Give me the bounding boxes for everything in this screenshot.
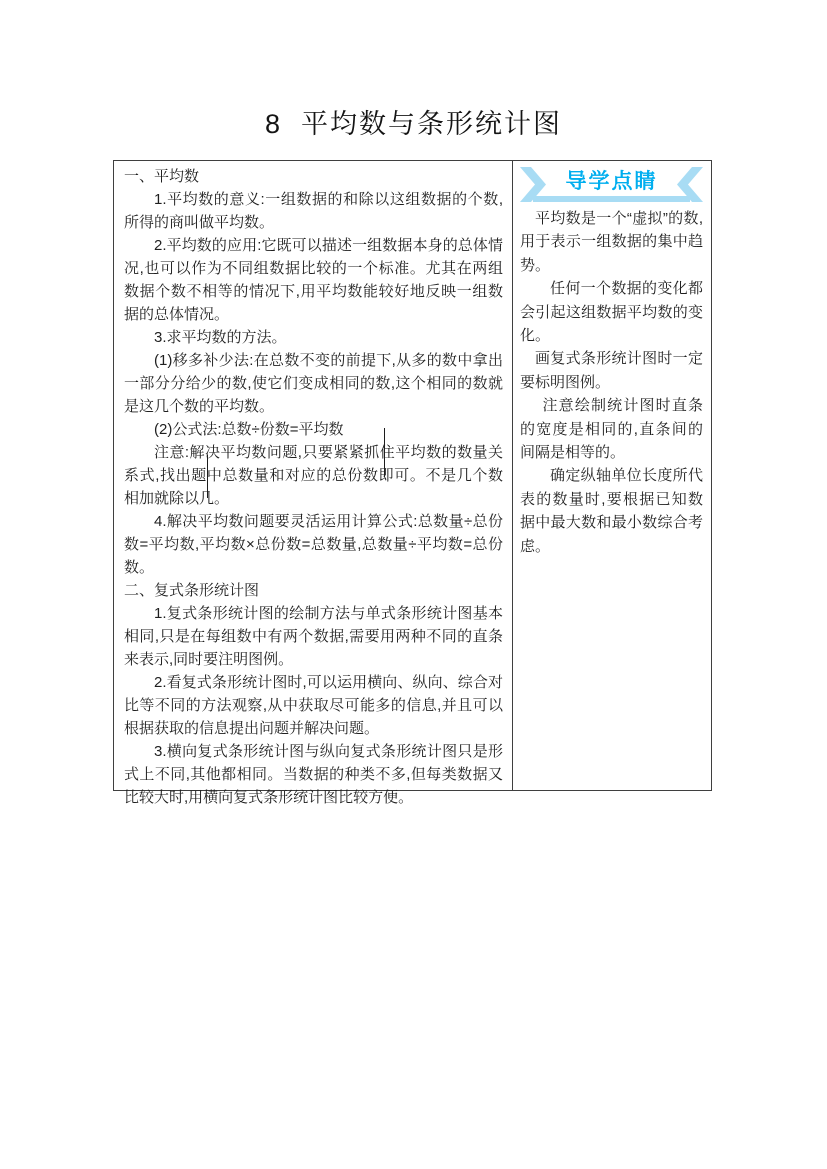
- main-notes-cell: 一、平均数 1.平均数的意义:一组数据的和除以这组数据的个数,所得的商叫做平均数…: [114, 161, 513, 790]
- paragraph-horizontal-vs-vertical: 3.横向复式条形统计图与纵向复式条形统计图只是形式上不同,其他都相同。当数据的种…: [124, 740, 503, 809]
- page-title: 8 平均数与条形统计图: [0, 102, 827, 141]
- section-heading-bar-charts: 二、复式条形统计图: [124, 579, 503, 602]
- banner-underline: [533, 196, 690, 202]
- tip-bar-width: 注意绘制统计图时直条的宽度是相同的,直条间的间隔是相等的。: [520, 394, 703, 464]
- guide-banner: 导学点睛: [520, 167, 703, 202]
- stray-vertical-line-2: [207, 455, 208, 498]
- sidebar-tips-cell: 导学点睛 平均数是一个“虚拟”的数,用于表示一组数据的集中趋势。 任何一个数据的…: [513, 161, 711, 790]
- banner-title: 导学点睛: [520, 168, 703, 196]
- paragraph-average-meaning: 1.平均数的意义:一组数据的和除以这组数据的个数,所得的商叫做平均数。: [124, 188, 503, 234]
- paragraph-note: 注意:解决平均数问题,只要紧紧抓住平均数的数量关系式,找出题中总数量和对应的总份…: [124, 441, 503, 510]
- paragraph-flexible-formula: 4.解决平均数问题要灵活运用计算公式:总数量÷总份数=平均数,平均数×总份数=总…: [124, 510, 503, 579]
- paragraph-average-methods: 3.求平均数的方法。: [124, 326, 503, 349]
- tip-legend: 画复式条形统计图时一定要标明图例。: [520, 347, 703, 394]
- paragraph-method-redistribute: (1)移多补少法:在总数不变的前提下,从多的数中拿出一部分分给少的数,使它们变成…: [124, 349, 503, 418]
- tip-axis-unit: 确定纵轴单位长度所代表的数量时,要根据已知数据中最大数和最小数综合考虑。: [520, 464, 703, 558]
- paragraph-compound-reading: 2.看复式条形统计图时,可以运用横向、纵向、综合对比等不同的方法观察,从中获取尽…: [124, 671, 503, 740]
- content-table: 一、平均数 1.平均数的意义:一组数据的和除以这组数据的个数,所得的商叫做平均数…: [113, 160, 712, 791]
- paragraph-compound-drawing: 1.复式条形统计图的绘制方法与单式条形统计图基本相同,只是在每组数中有两个数据,…: [124, 602, 503, 671]
- document-page: 8 平均数与条形统计图 一、平均数 1.平均数的意义:一组数据的和除以这组数据的…: [0, 0, 827, 1169]
- paragraph-average-application: 2.平均数的应用:它既可以描述一组数据本身的总体情况,也可以作为不同组数据比较的…: [124, 234, 503, 326]
- tip-virtual-number: 平均数是一个“虚拟”的数,用于表示一组数据的集中趋势。: [520, 207, 703, 277]
- stray-vertical-line-1: [384, 428, 385, 477]
- section-heading-averages: 一、平均数: [124, 165, 503, 188]
- tip-data-change: 任何一个数据的变化都会引起这组数据平均数的变化。: [520, 277, 703, 347]
- paragraph-method-formula: (2)公式法:总数÷份数=平均数: [124, 418, 503, 441]
